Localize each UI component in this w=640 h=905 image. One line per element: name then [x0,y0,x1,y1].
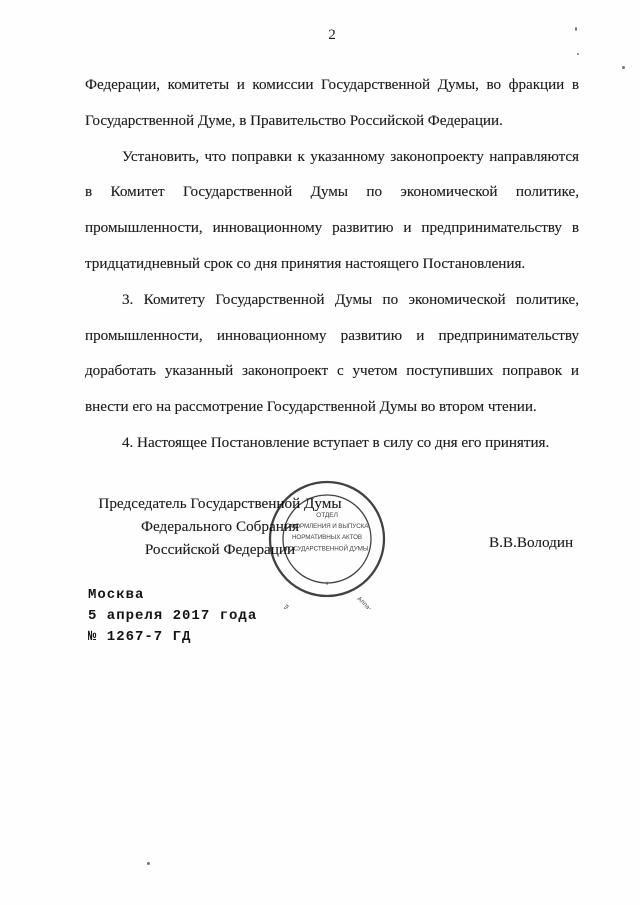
page-number: 2 [322,26,342,44]
body-line: Государственной Думе, в Правительство Ро… [85,103,579,139]
body-line: промышленности, инновационному развитию … [85,210,579,246]
footer-block: Москва 5 апреля 2017 года № 1267-7 ГД [88,585,257,648]
stamp-center-line: ОТДЕЛ [316,512,338,519]
body-line: тридцатидневный срок со дня принятия нас… [85,246,579,282]
stamp-center-line: НОРМАТИВНЫХ АКТОВ [292,534,362,541]
scan-speck [575,27,577,31]
star-icon: * [325,580,329,590]
footer-date: 5 апреля 2017 года [88,606,257,627]
stamp-center-line: ОФОРМЛЕНИЯ И ВЫПУСКА [286,523,370,530]
body-line: доработать указанный законопроект с учет… [85,353,579,389]
document-body: Федерации, комитеты и комиссии Государст… [85,67,579,461]
body-line: в Комитет Государственной Думы по эконом… [85,174,579,210]
body-line: 3. Комитету Государственной Думы по экон… [85,282,579,318]
scan-speck [577,53,579,55]
scan-speck [622,66,625,69]
stamp-ring-text: Аппарат Государственной Думы Федеральног… [271,595,382,609]
body-line: Установить, что поправки к указанному за… [85,139,579,175]
stamp-ring-text-holder: Аппарат Государственной Думы Федеральног… [271,595,382,609]
footer-number: № 1267-7 ГД [88,627,257,648]
scan-speck [147,862,150,865]
signature-name: В.В.Володин [489,534,573,552]
document-page: 2 Федерации, комитеты и комиссии Государ… [0,0,640,905]
body-line: 4. Настоящее Постановление вступает в си… [85,425,579,461]
stamp-center-line: ГОСУДАРСТВЕННОЙ ДУМЫ [286,544,369,553]
body-line: внести его на рассмотрение Государственн… [85,389,579,425]
body-line: Федерации, комитеты и комиссии Государст… [85,67,579,103]
footer-city: Москва [88,585,257,606]
body-line: промышленности, инновационному развитию … [85,318,579,354]
duma-seal-stamp: Аппарат Государственной Думы Федеральног… [257,469,397,609]
